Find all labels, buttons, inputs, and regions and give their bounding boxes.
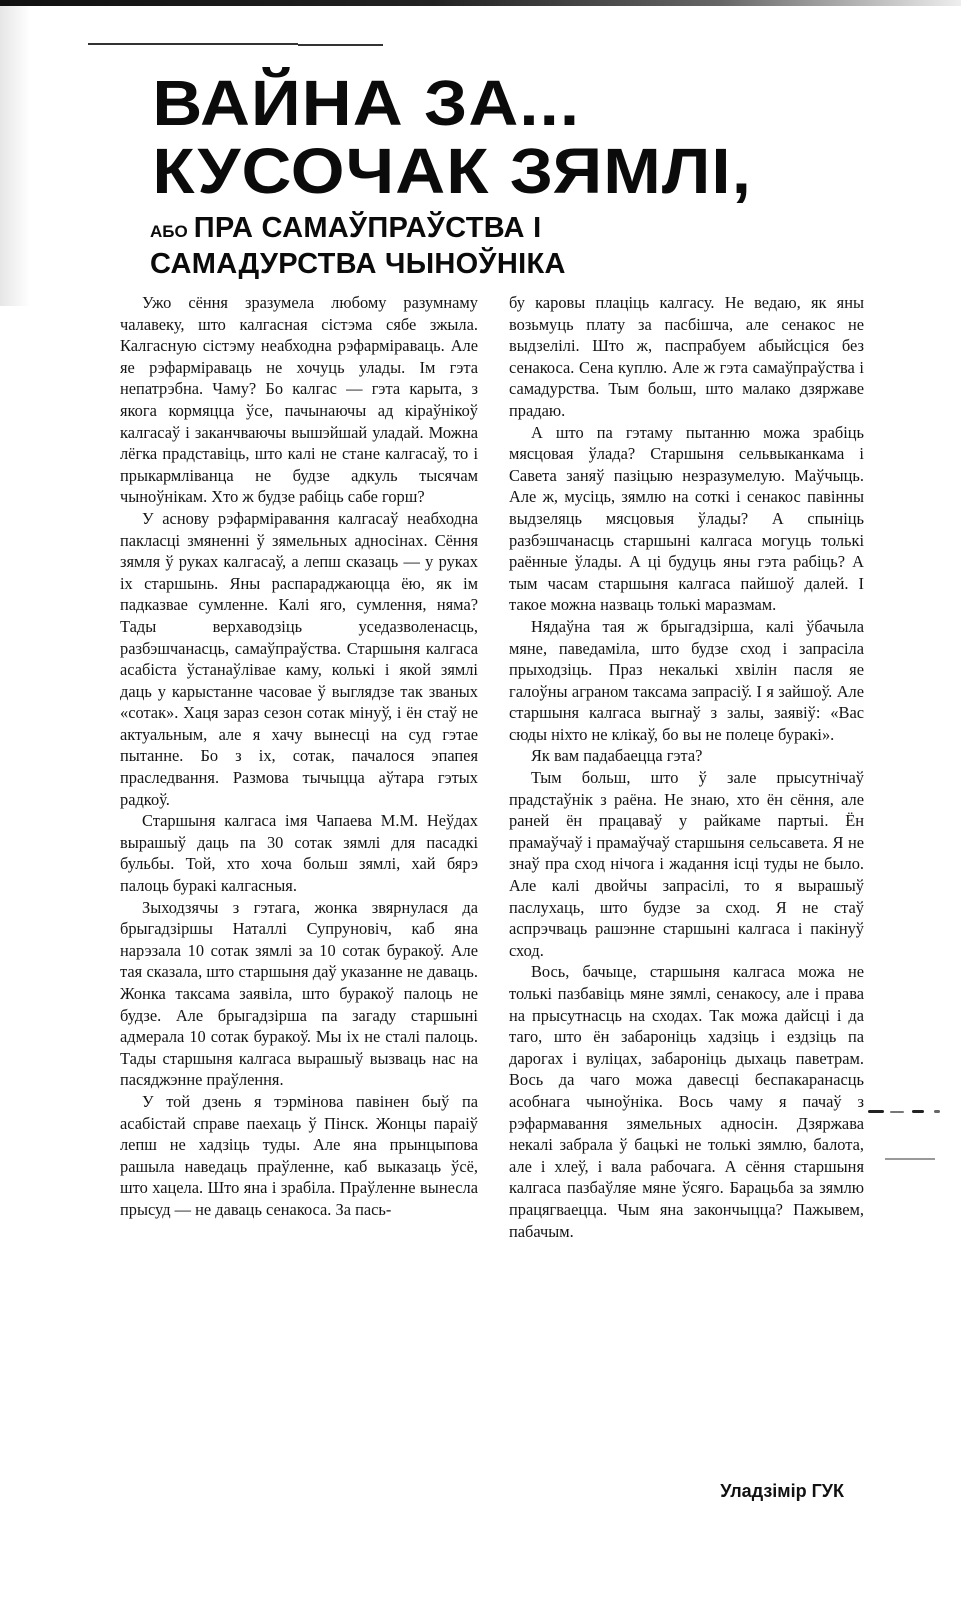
- scan-edge-top: [0, 0, 961, 6]
- paragraph: Старшыня калгаса імя Чапаева М.М. Неўдах…: [120, 810, 478, 896]
- headline-line-1: Вайна за...: [152, 70, 930, 136]
- paragraph: Як вам падабаецца гэта?: [509, 745, 864, 767]
- paragraph: Вось, бачыце, старшыня калгаса можа не т…: [509, 961, 864, 1242]
- scan-edge-marks-right: [868, 1110, 958, 1114]
- subheadline-line-1: абопра самаўпраўства і: [150, 212, 870, 248]
- scan-shadow-left: [0, 6, 30, 306]
- subheadline-line-2: самадурства чыноўніка: [150, 248, 870, 280]
- headline: Вайна за... кусочак зямлі,: [120, 70, 930, 204]
- paragraph-continued: бу каровы плаціць калгасу. Не ведаю, як …: [509, 292, 864, 422]
- headline-line-2: кусочак зямлі,: [152, 138, 930, 204]
- subheadline-text-1: пра самаўпраўства і: [194, 212, 542, 244]
- paragraph: А што па гэтаму пытанню можа зрабіць мяс…: [509, 422, 864, 616]
- paragraph: Зыходзячы з гэтага, жонка звярнулася да …: [120, 897, 478, 1091]
- subheadline: абопра самаўпраўства і самадурства чыноў…: [120, 212, 870, 280]
- column-left: Ужо сёння зразумела любому разумнаму чал…: [120, 292, 478, 1242]
- paragraph: Тым больш, што ў зале прысутнічаў прадст…: [509, 767, 864, 961]
- article-body: Ужо сёння зразумела любому разумнаму чал…: [120, 292, 870, 1242]
- clipping-edge-line: [298, 44, 383, 46]
- paragraph: У той дзень я тэрмінова павінен быў па а…: [120, 1091, 478, 1221]
- newspaper-article: Вайна за... кусочак зямлі, абопра самаўп…: [120, 70, 870, 280]
- column-right: бу каровы плаціць калгасу. Не ведаю, як …: [509, 292, 864, 1242]
- paragraph: Ужо сёння зразумела любому разумнаму чал…: [120, 292, 478, 508]
- paragraph: У аснову рэфарміравання калгасаў неабход…: [120, 508, 478, 810]
- scan-edge-marks-right: [885, 1158, 935, 1160]
- paragraph: Нядаўна тая ж брыгадзірша, калі ўбачыла …: [509, 616, 864, 746]
- author-byline: Уладзімір ГУК: [720, 1481, 844, 1502]
- subheadline-connector: або: [150, 222, 188, 241]
- clipping-edge-line: [88, 43, 298, 45]
